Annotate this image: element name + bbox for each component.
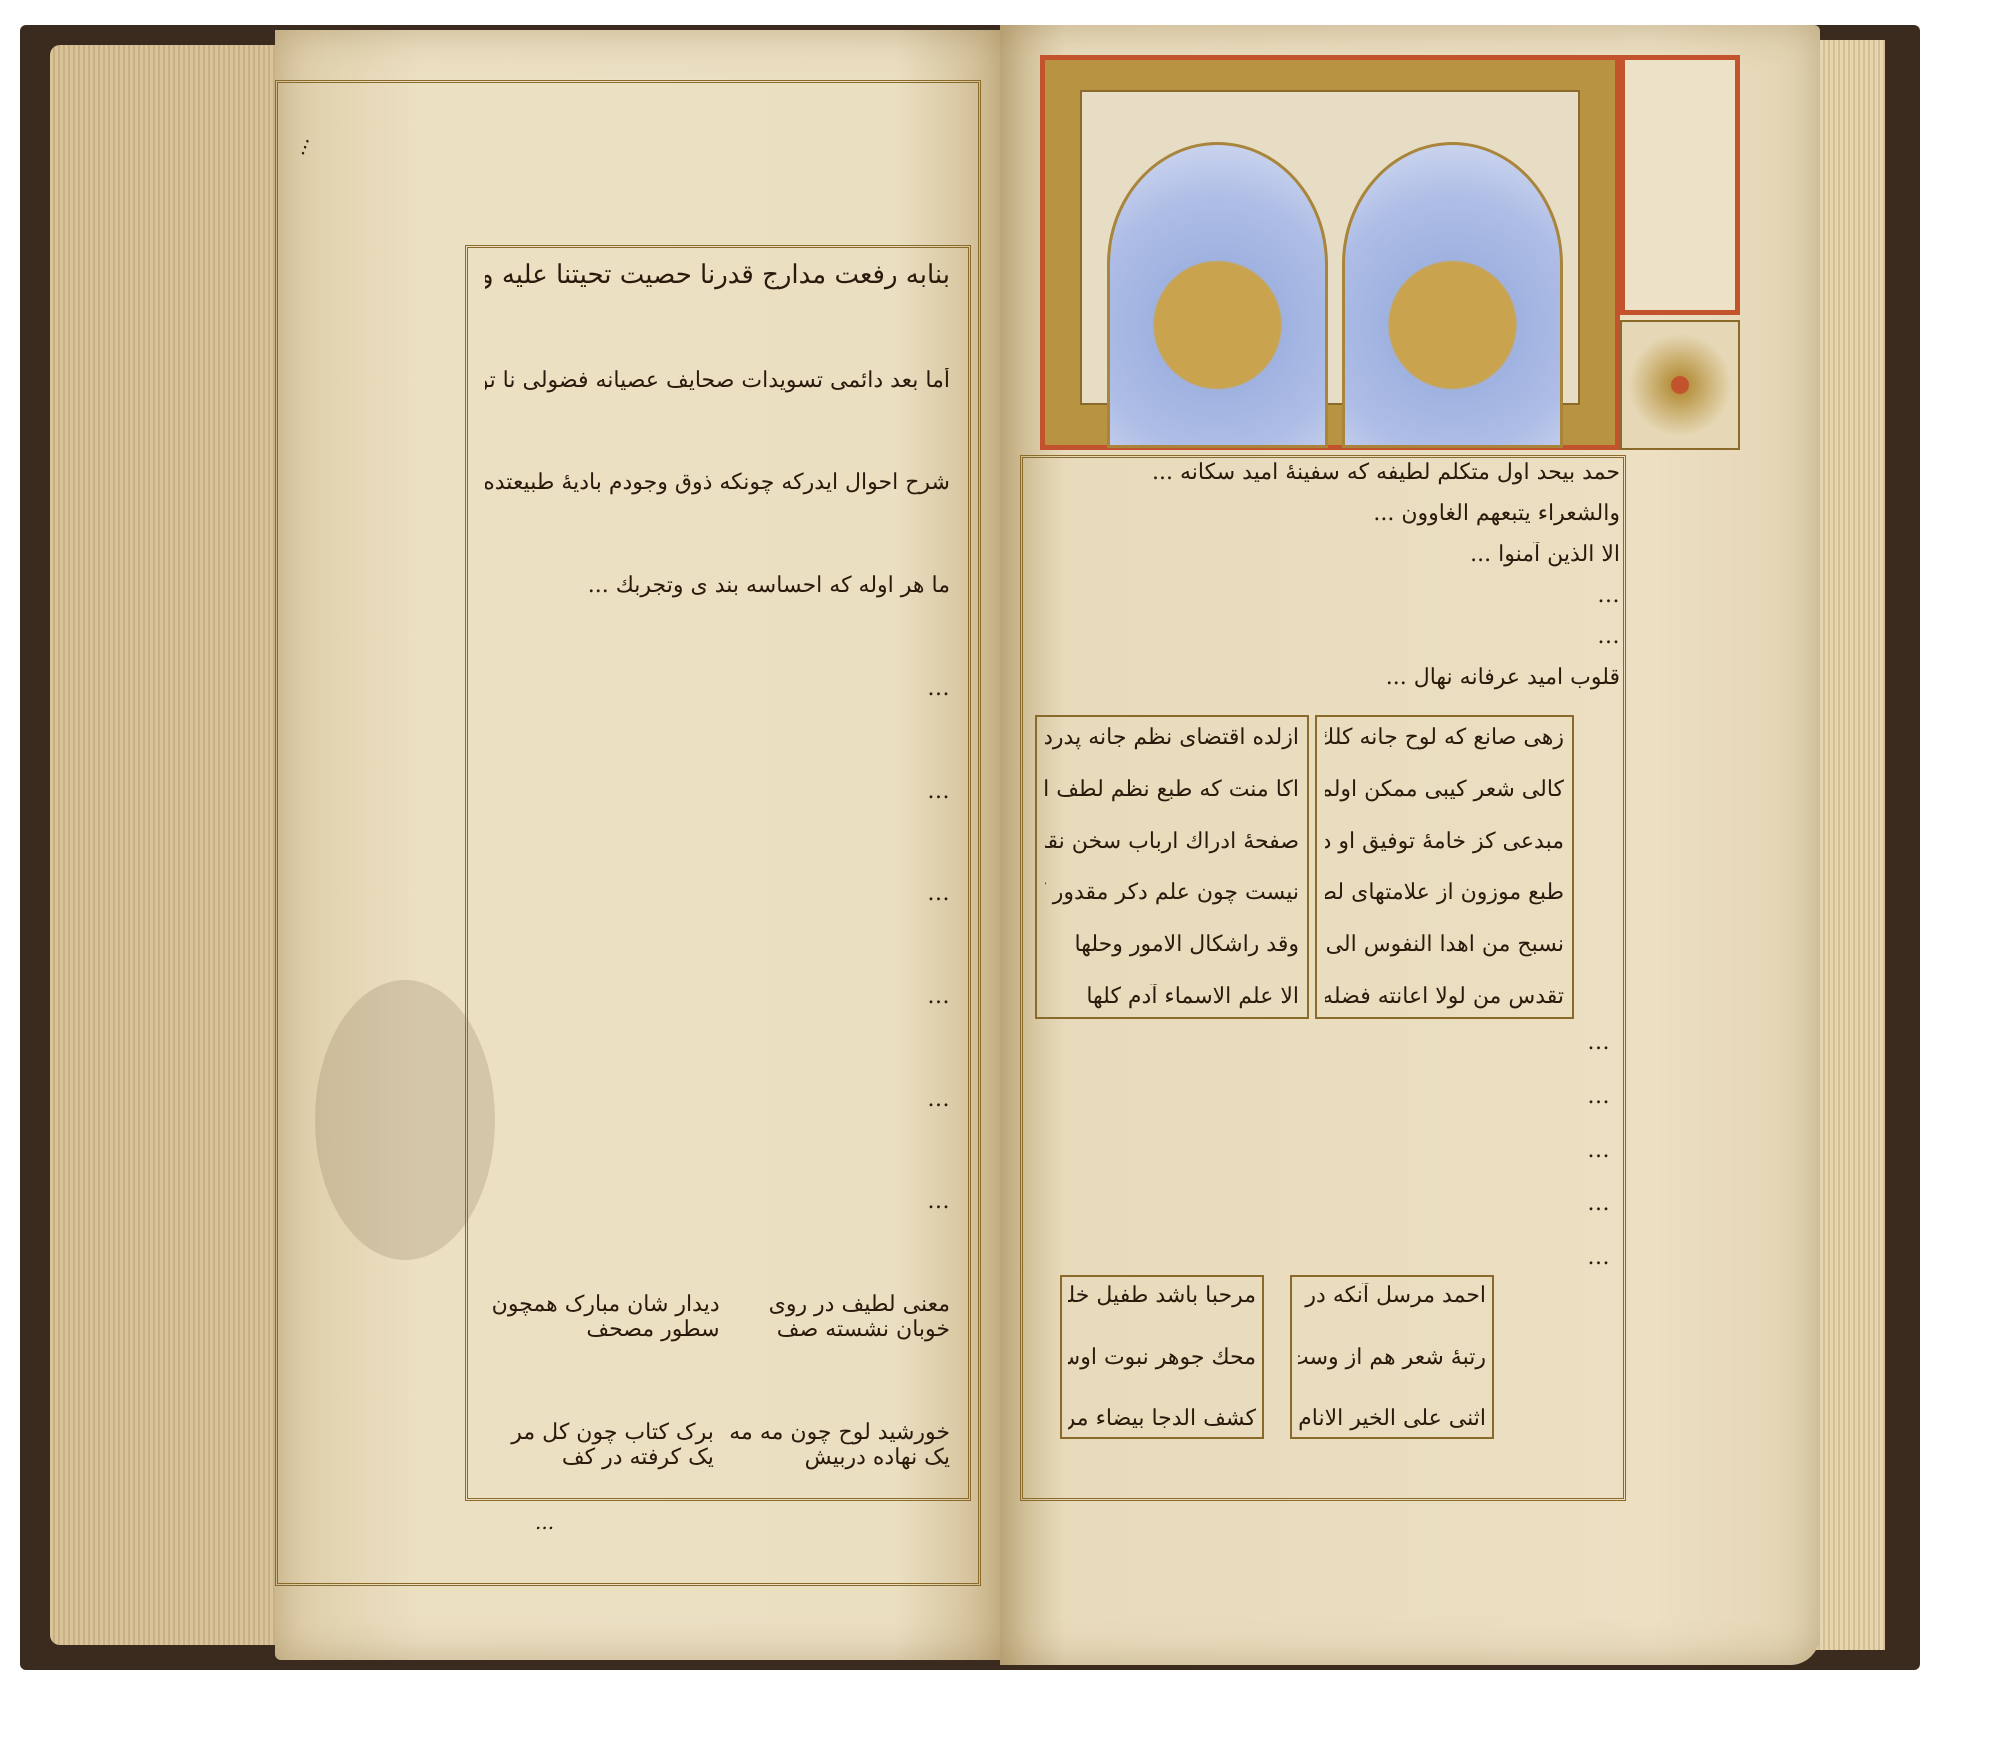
verse-line: مبدعی كز خامهٔ توفيق او دارد رقم (1325, 829, 1564, 854)
verse-line: مرحبا باشد طفيل خلقت اوست (1068, 1283, 1256, 1308)
text-line: ... (1040, 1191, 1610, 1216)
verse-line: ازلده اقتضای نظم جانه پدرد دقی قلمش (1045, 725, 1299, 750)
stain (315, 980, 495, 1260)
text-line: ... (485, 1189, 950, 1214)
right-intro-block: حمد بيحد اول متكلم لطيفه كه سفينهٔ اميد … (1040, 460, 1620, 690)
verse-hemistich: برک کتاب چون کل مر یک کرفته در کف (485, 1420, 714, 1470)
verse-line: نسبح من اهدا النفوس الی منا (1325, 932, 1564, 957)
verse-line: زهی صانع كه لوح جانه كلك حسن توفيق (1325, 725, 1564, 750)
rosette-ornament (1620, 320, 1740, 450)
text-line: قلوب اميد عرفانه نهال ... (1040, 665, 1620, 690)
verse-couplet: خورشید لوح چون مه مه یک نهاده دربیش برک … (485, 1420, 950, 1470)
verse-table-left: ازلده اقتضای نظم جانه پدرد دقی قلمش اكا … (1035, 715, 1309, 1019)
text-line: أما بعد دائمی تسويدات صحايف عصيانه فضولی… (485, 368, 950, 393)
verse-line: كشف الدجا بيضاء مرحباله (1068, 1406, 1256, 1431)
verse-hemistich: معنی لطیف در روی خوبان نشسته صف (720, 1292, 950, 1342)
page-edges-right (1815, 40, 1885, 1650)
verse-hemistich: خورشید لوح چون مه مه یک نهاده دربیش (714, 1420, 950, 1470)
verse-couplet: معنی لطیف در روی خوبان نشسته صف دیدار شا… (485, 1292, 950, 1342)
page-edges-left (50, 45, 290, 1645)
right-arch (1342, 142, 1563, 448)
heading: بنابه رفعت مدارج قدرنا حصيت تحيتنا عليه … (485, 260, 950, 290)
text-line: ... (1040, 1084, 1610, 1109)
text-line: الا الذين آمنوا ... (1040, 542, 1620, 567)
left-text-block: بنابه رفعت مدارج قدرنا حصيت تحيتنا عليه … (485, 260, 950, 1470)
text-line: ... (485, 881, 950, 906)
verse-line: اكا منت كه طبع نظم لطف ايتمش كم قلمش (1045, 777, 1299, 802)
left-page: بنابه رفعت مدارج قدرنا حصيت تحيتنا عليه … (275, 30, 1005, 1660)
text-line: ... (485, 779, 950, 804)
verse-line: طبع موزون از علامتهای لطف خاص اوست (1325, 880, 1564, 905)
verse-line: نيست چون علم دكر مقدور كسب اين كمال (1045, 880, 1299, 905)
text-line: ... (1040, 1138, 1610, 1163)
text-line: ... (485, 676, 950, 701)
verse-line: الا علم الاسماء آدم كلها (1045, 984, 1299, 1009)
text-line: ... (1040, 1245, 1610, 1270)
headpiece-panel (1080, 90, 1580, 405)
text-line: ما هر اوله كه احساسه بند ی وتجربك ... (485, 573, 950, 598)
text-line: ... (1040, 624, 1620, 649)
text-line: ... (1040, 583, 1620, 608)
verse-table-bottom-right: احمد مرسل آنكه در عالم رتبهٔ شعر هم از و… (1290, 1275, 1494, 1439)
verse-line: وقد راشكال الامور وحلها (1045, 932, 1299, 957)
text-line: ... (485, 1087, 950, 1112)
text-line: حمد بيحد اول متكلم لطيفه كه سفينهٔ اميد … (1040, 460, 1620, 485)
verse-line: محك جوهر نبوت اوست (1068, 1345, 1256, 1370)
verse-line: كالی شعر كيبی ممكن اولمزلر ولمده لنده (1325, 777, 1564, 802)
margin-note: ... (535, 1510, 554, 1534)
text-line: ... (1040, 1030, 1610, 1055)
verse-line: اثنی علی الخير الانام محمد (1298, 1406, 1486, 1431)
verse-line: رتبهٔ شعر هم از وست بلند (1298, 1345, 1486, 1370)
text-line: والشعراء يتبعهم الغاوون ... (1040, 501, 1620, 526)
text-line: شرح احوال ايدركه چونكه ذوق وجودم باديهٔ … (485, 470, 950, 495)
verse-hemistich: دیدار شان مبارک همچون سطور مصحف (485, 1292, 720, 1342)
verse-table-right: زهی صانع كه لوح جانه كلك حسن توفيق كالی … (1315, 715, 1574, 1019)
text-line: ... (485, 984, 950, 1009)
right-middle-block: ... ... ... ... ... (1040, 1030, 1610, 1270)
verse-line: احمد مرسل آنكه در عالم (1298, 1283, 1486, 1308)
verse-table-bottom-left: مرحبا باشد طفيل خلقت اوست محك جوهر نبوت … (1060, 1275, 1264, 1439)
margin-ornament (1620, 55, 1740, 315)
verse-line: تقدس من لولا اعانته فضله (1325, 984, 1564, 1009)
left-arch (1107, 142, 1328, 448)
verse-line: صفحهٔ ادراك ارباب سخن نقش خيال (1045, 829, 1299, 854)
illuminated-headpiece (1040, 55, 1620, 450)
